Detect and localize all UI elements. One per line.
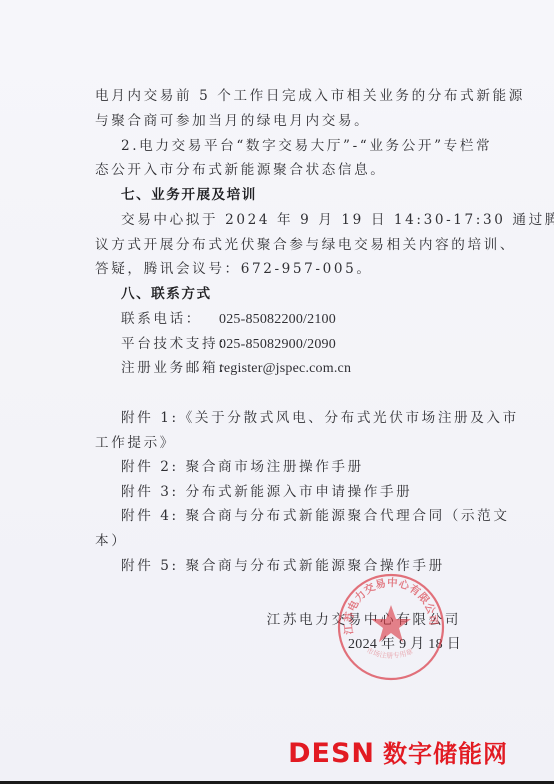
attachment-4-continued: 本） — [95, 532, 465, 550]
contact-value: 025-85082900/2090 — [219, 337, 336, 352]
contact-row-phone: 联系电话：025-85082200/2100 — [121, 310, 491, 329]
desn-watermark: DESN 数字储能网 — [288, 739, 508, 769]
contact-row-tech-support: 平台技术支持：025-85082900/2090 — [121, 335, 491, 354]
attachment-5: 附件 5: 聚合商与分布式新能源聚合操作手册 — [121, 557, 491, 575]
contact-label: 联系电话： — [121, 310, 219, 328]
contact-row-email: 注册业务邮箱：register@jspec.com.cn — [121, 359, 491, 378]
contact-label: 注册业务邮箱： — [121, 359, 219, 377]
signature-organization: 江苏电力交易中心有限公司 — [267, 611, 461, 629]
contact-value: 025-85082200/2100 — [219, 312, 336, 327]
section-heading-training: 七、业务开展及培训 — [121, 186, 491, 204]
attachment-2: 附件 2: 聚合商市场注册操作手册 — [121, 458, 491, 476]
contact-label: 平台技术支持： — [121, 335, 219, 353]
attachment-1-continued: 工作提示》 — [95, 434, 465, 452]
watermark-site-name: 数字储能网 — [383, 739, 508, 769]
attachment-1: 附件 1:《关于分散式风电、分布式光伏市场注册及入市 — [121, 409, 491, 427]
paragraph-line: 2.电力交易平台“数字交易大厅”-“业务公开”专栏常 — [121, 137, 491, 155]
attachment-4: 附件 4: 聚合商与分布式新能源聚合代理合同（示范文 — [121, 507, 491, 525]
watermark-logo-text: DESN — [288, 739, 375, 769]
document-page: 电月内交易前 5 个工作日完成入市相关业务的分布式新能源 与聚合商可参加当月的绿… — [0, 0, 554, 781]
paragraph-line: 与聚合商可参加当月的绿电月内交易。 — [95, 112, 465, 130]
paragraph-line: 议方式开展分布式光伏聚合参与绿电交易相关内容的培训、 — [95, 236, 465, 254]
signature-date: 2024 年 9 月 18 日 — [348, 636, 461, 654]
attachment-3: 附件 3: 分布式新能源入市申请操作手册 — [121, 483, 491, 501]
paragraph-line: 答疑，腾讯会议号：672-957-005。 — [95, 260, 465, 278]
section-heading-contact: 八、联系方式 — [121, 285, 491, 303]
paragraph-line: 交易中心拟于 2024 年 9 月 19 日 14:30-17:30 通过腾讯会 — [121, 211, 491, 229]
paragraph-line: 态公开入市分布式新能源聚合状态信息。 — [95, 161, 465, 179]
email-link: register@jspec.com.cn — [219, 361, 351, 376]
paragraph-line: 电月内交易前 5 个工作日完成入市相关业务的分布式新能源 — [95, 87, 465, 105]
